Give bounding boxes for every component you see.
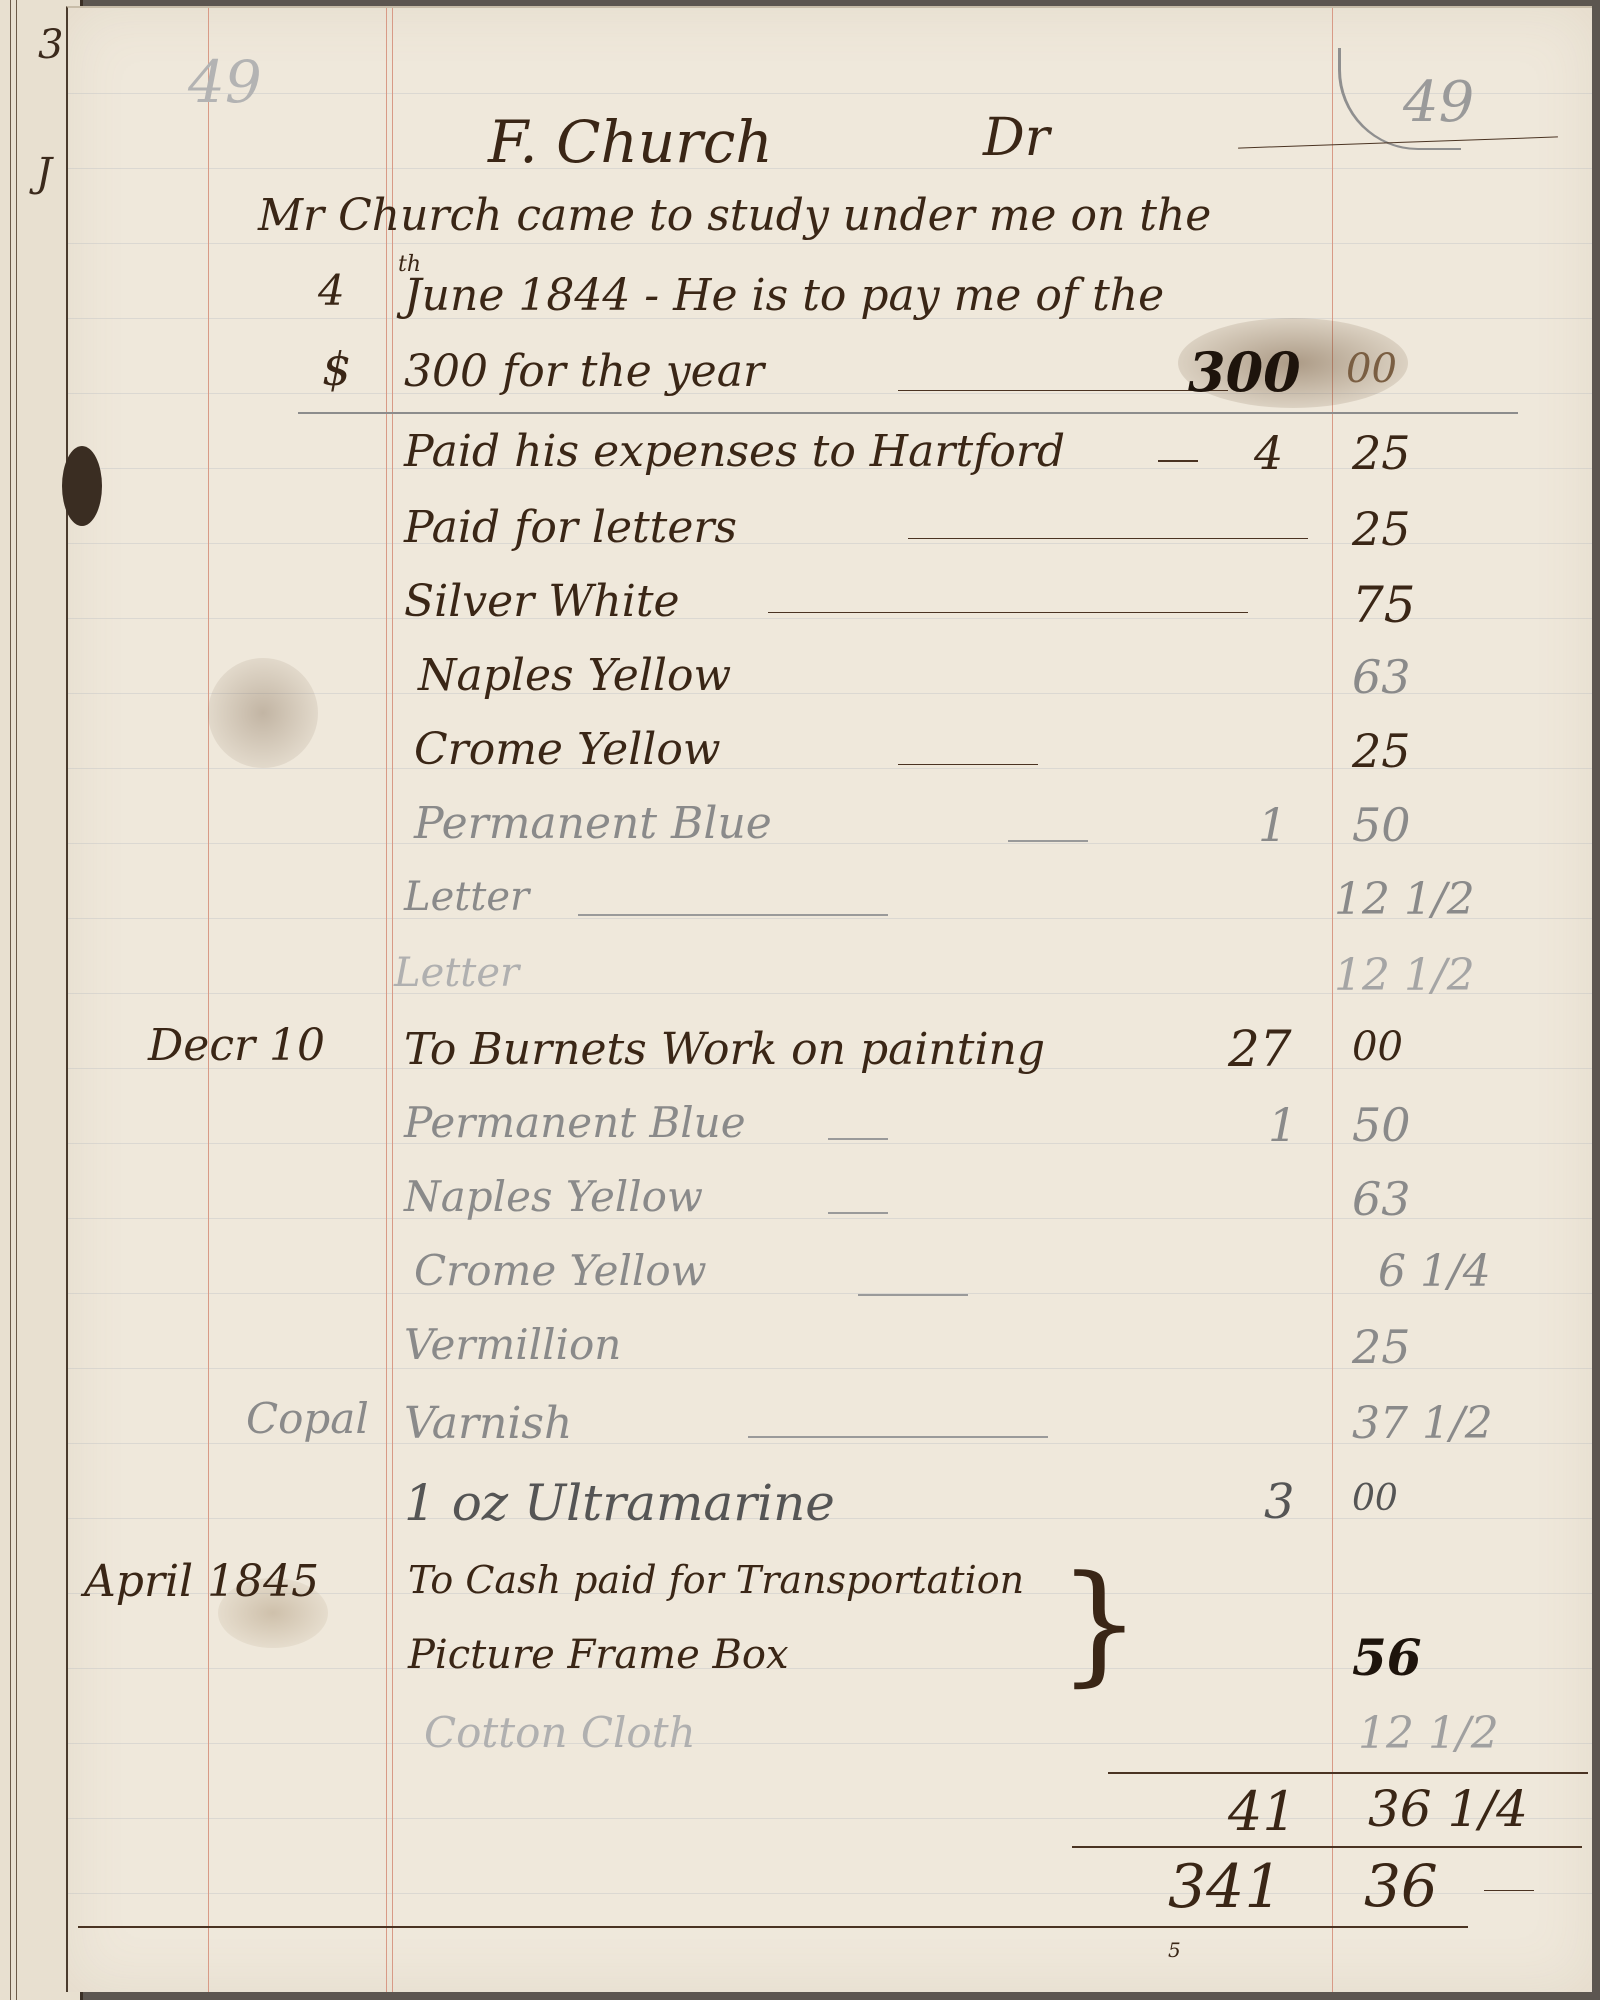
account-heading: F. Church	[488, 108, 773, 176]
under-page-rule	[10, 0, 11, 2000]
entry-cents: 25	[1352, 724, 1411, 778]
entry-description: Letter	[404, 874, 529, 920]
intro-amount-cents: 00	[1346, 346, 1397, 392]
entry-cents: 12 1/2	[1334, 950, 1475, 1001]
ink-blot	[62, 446, 102, 526]
entry-description: Permanent Blue	[404, 1098, 746, 1147]
fill-stroke	[828, 1212, 888, 1214]
fill-stroke	[908, 538, 1308, 539]
footer-mark: 5	[1168, 1938, 1181, 1962]
entry-description: Naples Yellow	[404, 1172, 703, 1221]
account-side-label: Dr	[983, 108, 1050, 168]
fill-stroke	[1158, 460, 1198, 462]
entry-description: To Burnets Work on painting	[404, 1024, 1045, 1075]
intro-line-1: Mr Church came to study under me on the	[258, 190, 1211, 241]
entry-date: Decr 10	[148, 1020, 325, 1071]
entry-description: Crome Yellow	[414, 724, 721, 775]
date-column-rule	[386, 8, 387, 1992]
entry-description: Picture Frame Box	[408, 1632, 789, 1678]
entry-cents: 25	[1352, 1320, 1411, 1374]
intro-currency-margin: $	[322, 342, 351, 396]
entry-dollars: 1	[1268, 1098, 1297, 1152]
entry-description: Naples Yellow	[418, 650, 731, 701]
entry-cents: 37 1/2	[1352, 1398, 1493, 1449]
entry-cents: 12 1/2	[1334, 874, 1475, 925]
entry-date-note: Copal	[246, 1394, 369, 1443]
entry-description: To Cash paid for Transportation	[408, 1558, 1024, 1602]
entry-dollars: 27	[1228, 1020, 1292, 1078]
intro-amount-dollars: 300	[1188, 340, 1301, 404]
entry-description: Paid for letters	[404, 502, 737, 553]
entry-cents: 63	[1352, 650, 1411, 704]
entry-dollars: 4	[1254, 426, 1283, 480]
grouping-brace: }	[1058, 1558, 1141, 1688]
fill-stroke	[828, 1138, 888, 1140]
entry-description: Paid his expenses to Hartford	[404, 426, 1065, 477]
entry-cents: 12 1/2	[1358, 1708, 1499, 1759]
fill-stroke	[858, 1294, 968, 1296]
date-column-rule	[392, 8, 393, 1992]
entry-date: April 1845	[84, 1556, 319, 1607]
entry-dollars: 1	[1258, 798, 1287, 852]
intro-line-3: 300 for the year	[404, 346, 764, 397]
entry-cents: 56	[1352, 1628, 1422, 1687]
fill-stroke	[898, 390, 1228, 391]
entry-cents: 75	[1352, 576, 1416, 634]
under-page-glyph: 3	[38, 22, 63, 68]
page-number-left: 49	[188, 48, 262, 116]
subtotal-rule	[1108, 1772, 1588, 1774]
entry-description: Silver White	[404, 576, 680, 627]
entry-cents: 6 1/4	[1378, 1246, 1491, 1297]
entry-description: Varnish	[404, 1398, 572, 1449]
entry-description: Vermillion	[404, 1320, 621, 1369]
entry-description: Letter	[394, 950, 519, 996]
page-number-circle-mark	[1338, 48, 1461, 150]
entry-cents: 00	[1352, 1024, 1403, 1070]
fill-stroke	[1008, 840, 1088, 842]
fill-stroke	[1484, 1890, 1534, 1891]
entry-description: 1 oz Ultramarine	[404, 1474, 835, 1532]
entry-cents: 63	[1352, 1172, 1411, 1226]
subtotal-dollars: 41	[1228, 1780, 1297, 1843]
margin-rule	[208, 8, 209, 1992]
entry-description: Crome Yellow	[414, 1246, 707, 1295]
entry-description: Permanent Blue	[414, 798, 772, 849]
stain	[208, 658, 318, 768]
entry-cents: 00	[1352, 1478, 1398, 1519]
subtotal-cents: 36 1/4	[1368, 1780, 1528, 1838]
entry-description: Cotton Cloth	[424, 1708, 696, 1757]
fill-stroke	[748, 1436, 1048, 1438]
entry-cents: 50	[1352, 1098, 1411, 1152]
fill-stroke	[898, 764, 1038, 765]
fill-stroke	[578, 914, 888, 916]
intro-day-margin: 4	[318, 266, 345, 315]
total-rule	[1072, 1846, 1582, 1848]
fill-stroke	[768, 612, 1248, 613]
total-cents: 36	[1364, 1852, 1438, 1920]
intro-line-2: June 1844 - He is to pay me of the	[404, 270, 1164, 321]
entry-cents: 50	[1352, 798, 1411, 852]
entry-cents: 25	[1352, 426, 1411, 480]
under-page-glyph: J	[36, 150, 52, 196]
cents-column-rule	[1332, 8, 1333, 1992]
page-bottom-rule	[78, 1926, 1468, 1928]
total-dollars: 341	[1168, 1852, 1283, 1922]
entry-dollars: 3	[1264, 1474, 1295, 1530]
under-page-rule	[16, 0, 17, 2000]
entry-cents: 25	[1352, 502, 1411, 556]
intro-separator-line	[298, 412, 1518, 414]
ledger-page: 49 49 F. Church Dr Mr Church came to stu…	[66, 6, 1592, 1992]
